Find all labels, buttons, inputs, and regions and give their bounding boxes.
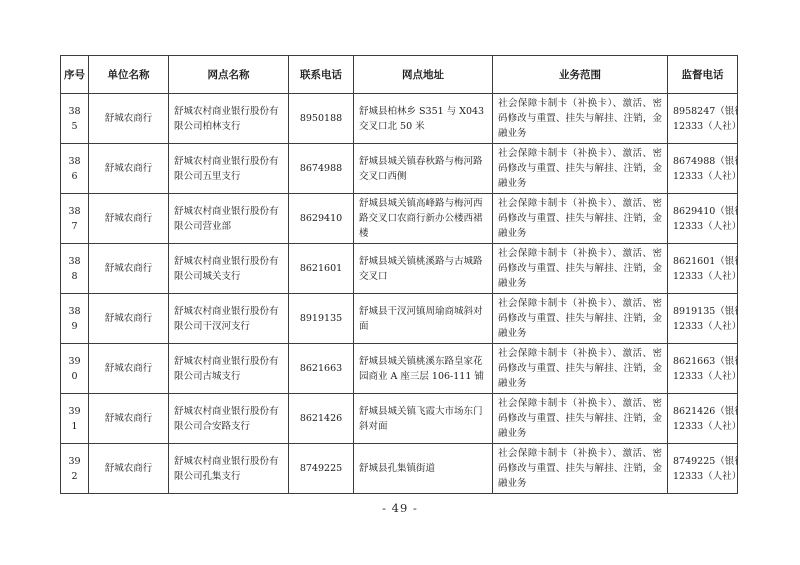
- supervision-social-line: 12333（人社）: [673, 469, 732, 484]
- cell-address: 舒城县城关镇桃溪东路皇家花园商业 A 座三层 106-111 铺: [354, 344, 493, 394]
- supervision-bank-line: 8749225（银行）: [673, 454, 732, 469]
- cell-contact-phone: 8950188: [289, 94, 354, 144]
- cell-contact-phone: 8749225: [289, 444, 354, 494]
- cell-address: 舒城县城关镇高峰路与梅河西路交叉口农商行新办公楼西裙楼: [354, 194, 493, 244]
- column-header-unit-name: 单位名称: [89, 56, 169, 94]
- cell-address: 舒城县城关镇桃溪路与古城路交叉口: [354, 244, 493, 294]
- cell-business-scope: 社会保障卡制卡（补换卡）、激活、密码修改与重置、挂失与解挂、注销，金融业务: [493, 294, 668, 344]
- cell-unit-name: 舒城农商行: [89, 144, 169, 194]
- table-body: 385 舒城农商行 舒城农村商业银行股份有限公司柏林支行 8950188 舒城县…: [61, 94, 738, 494]
- supervision-bank-line: 8621426（银行）: [673, 404, 732, 419]
- cell-supervision-phone: 8674988（银行） 12333（人社）: [668, 144, 738, 194]
- column-header-address: 网点地址: [354, 56, 493, 94]
- cell-address: 舒城县城关镇春秋路与梅河路交叉口西侧: [354, 144, 493, 194]
- cell-supervision-phone: 8621601（银行） 12333（人社）: [668, 244, 738, 294]
- supervision-bank-line: 8621601（银行）: [673, 254, 732, 269]
- cell-business-scope: 社会保障卡制卡（补换卡）、激活、密码修改与重置、挂失与解挂、注销，金融业务: [493, 94, 668, 144]
- column-header-branch-name: 网点名称: [169, 56, 289, 94]
- cell-branch-name: 舒城农村商业银行股份有限公司营业部: [169, 194, 289, 244]
- cell-seq: 385: [61, 94, 89, 144]
- supervision-social-line: 12333（人社）: [673, 369, 732, 384]
- cell-unit-name: 舒城农商行: [89, 344, 169, 394]
- table-row: 387 舒城农商行 舒城农村商业银行股份有限公司营业部 8629410 舒城县城…: [61, 194, 738, 244]
- supervision-bank-line: 8958247（银行）: [673, 104, 732, 119]
- cell-address: 舒城县孔集镇街道: [354, 444, 493, 494]
- cell-business-scope: 社会保障卡制卡（补换卡）、激活、密码修改与重置、挂失与解挂、注销，金融业务: [493, 194, 668, 244]
- column-header-business-scope: 业务范围: [493, 56, 668, 94]
- cell-contact-phone: 8674988: [289, 144, 354, 194]
- cell-seq: 391: [61, 394, 89, 444]
- cell-contact-phone: 8621426: [289, 394, 354, 444]
- supervision-bank-line: 8621663（银行）: [673, 354, 732, 369]
- cell-contact-phone: 8629410: [289, 194, 354, 244]
- cell-seq: 390: [61, 344, 89, 394]
- cell-branch-name: 舒城农村商业银行股份有限公司干汊河支行: [169, 294, 289, 344]
- cell-supervision-phone: 8621663（银行） 12333（人社）: [668, 344, 738, 394]
- cell-business-scope: 社会保障卡制卡（补换卡）、激活、密码修改与重置、挂失与解挂、注销，金融业务: [493, 344, 668, 394]
- cell-unit-name: 舒城农商行: [89, 194, 169, 244]
- cell-branch-name: 舒城农村商业银行股份有限公司古城支行: [169, 344, 289, 394]
- table-row: 392 舒城农商行 舒城农村商业银行股份有限公司孔集支行 8749225 舒城县…: [61, 444, 738, 494]
- supervision-bank-line: 8919135（银行）: [673, 304, 732, 319]
- document-page: 序号 单位名称 网点名称 联系电话 网点地址 业务范围 监督电话 385 舒城农…: [0, 0, 800, 565]
- column-header-supervision-phone: 监督电话: [668, 56, 738, 94]
- cell-contact-phone: 8621663: [289, 344, 354, 394]
- cell-branch-name: 舒城农村商业银行股份有限公司城关支行: [169, 244, 289, 294]
- cell-unit-name: 舒城农商行: [89, 244, 169, 294]
- cell-unit-name: 舒城农商行: [89, 94, 169, 144]
- cell-seq: 387: [61, 194, 89, 244]
- supervision-social-line: 12333（人社）: [673, 419, 732, 434]
- table-row: 391 舒城农商行 舒城农村商业银行股份有限公司合安路支行 8621426 舒城…: [61, 394, 738, 444]
- supervision-social-line: 12333（人社）: [673, 119, 732, 134]
- page-number: - 49 -: [0, 501, 800, 515]
- table-row: 389 舒城农商行 舒城农村商业银行股份有限公司干汊河支行 8919135 舒城…: [61, 294, 738, 344]
- cell-business-scope: 社会保障卡制卡（补换卡）、激活、密码修改与重置、挂失与解挂、注销，金融业务: [493, 244, 668, 294]
- column-header-contact-phone: 联系电话: [289, 56, 354, 94]
- cell-business-scope: 社会保障卡制卡（补换卡）、激活、密码修改与重置、挂失与解挂、注销，金融业务: [493, 394, 668, 444]
- cell-address: 舒城县干汊河镇周瑜商城斜对面: [354, 294, 493, 344]
- cell-seq: 388: [61, 244, 89, 294]
- supervision-bank-line: 8629410（银行）: [673, 204, 732, 219]
- cell-seq: 386: [61, 144, 89, 194]
- supervision-social-line: 12333（人社）: [673, 169, 732, 184]
- service-network-table: 序号 单位名称 网点名称 联系电话 网点地址 业务范围 监督电话 385 舒城农…: [60, 55, 738, 494]
- cell-seq: 389: [61, 294, 89, 344]
- cell-branch-name: 舒城农村商业银行股份有限公司柏林支行: [169, 94, 289, 144]
- cell-unit-name: 舒城农商行: [89, 444, 169, 494]
- cell-address: 舒城县柏林乡 S351 与 X043 交叉口北 50 米: [354, 94, 493, 144]
- cell-unit-name: 舒城农商行: [89, 294, 169, 344]
- cell-branch-name: 舒城农村商业银行股份有限公司合安路支行: [169, 394, 289, 444]
- cell-supervision-phone: 8919135（银行） 12333（人社）: [668, 294, 738, 344]
- cell-contact-phone: 8919135: [289, 294, 354, 344]
- supervision-social-line: 12333（人社）: [673, 319, 732, 334]
- cell-business-scope: 社会保障卡制卡（补换卡）、激活、密码修改与重置、挂失与解挂、注销，金融业务: [493, 444, 668, 494]
- cell-business-scope: 社会保障卡制卡（补换卡）、激活、密码修改与重置、挂失与解挂、注销，金融业务: [493, 144, 668, 194]
- table-row: 390 舒城农商行 舒城农村商业银行股份有限公司古城支行 8621663 舒城县…: [61, 344, 738, 394]
- cell-supervision-phone: 8749225（银行） 12333（人社）: [668, 444, 738, 494]
- cell-address: 舒城县城关镇飞霞大市场东门斜对面: [354, 394, 493, 444]
- table-row: 386 舒城农商行 舒城农村商业银行股份有限公司五里支行 8674988 舒城县…: [61, 144, 738, 194]
- cell-supervision-phone: 8629410（银行） 12333（人社）: [668, 194, 738, 244]
- cell-unit-name: 舒城农商行: [89, 394, 169, 444]
- cell-branch-name: 舒城农村商业银行股份有限公司孔集支行: [169, 444, 289, 494]
- table-row: 388 舒城农商行 舒城农村商业银行股份有限公司城关支行 8621601 舒城县…: [61, 244, 738, 294]
- column-header-seq: 序号: [61, 56, 89, 94]
- supervision-social-line: 12333（人社）: [673, 269, 732, 284]
- supervision-bank-line: 8674988（银行）: [673, 154, 732, 169]
- cell-supervision-phone: 8958247（银行） 12333（人社）: [668, 94, 738, 144]
- cell-supervision-phone: 8621426（银行） 12333（人社）: [668, 394, 738, 444]
- table-header-row: 序号 单位名称 网点名称 联系电话 网点地址 业务范围 监督电话: [61, 56, 738, 94]
- table-row: 385 舒城农商行 舒城农村商业银行股份有限公司柏林支行 8950188 舒城县…: [61, 94, 738, 144]
- cell-branch-name: 舒城农村商业银行股份有限公司五里支行: [169, 144, 289, 194]
- cell-seq: 392: [61, 444, 89, 494]
- cell-contact-phone: 8621601: [289, 244, 354, 294]
- supervision-social-line: 12333（人社）: [673, 219, 732, 234]
